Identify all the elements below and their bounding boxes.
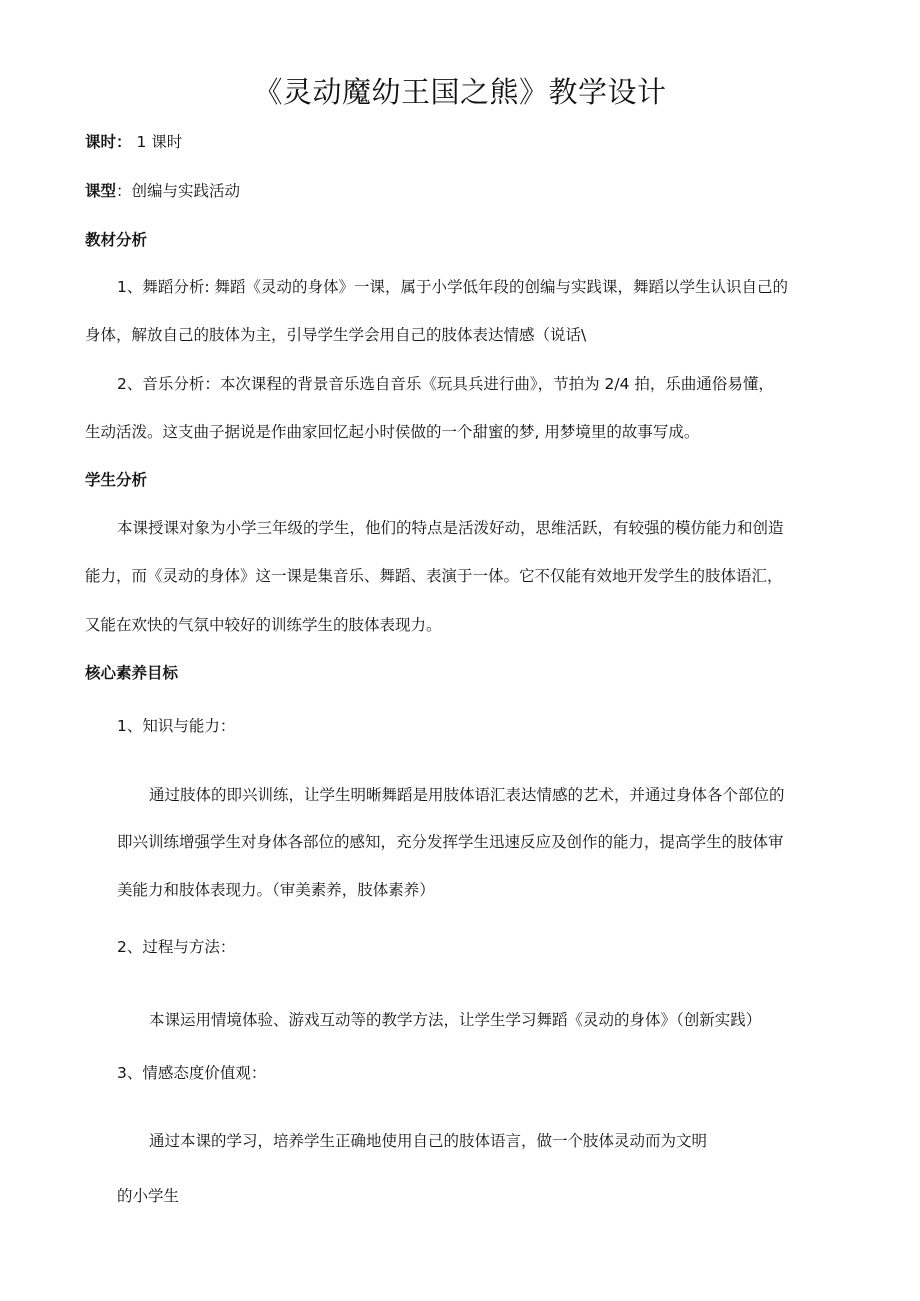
paragraph-line: 通过本课的学习，培养学生正确地使用自己的肢体语言，做一个肢体灵动而为文明 [149,1130,707,1152]
duration-label: 课时： [85,133,132,151]
section-heading-student-analysis: 学生分析 [85,469,147,491]
paragraph-line: 2、音乐分析：本次课程的背景音乐选自音乐《玩具兵进行曲》，节拍为 2/4 拍，乐… [117,373,774,395]
paragraph-line: 生动活泼。这支曲子据说是作曲家回忆起小时侯做的一个甜蜜的梦, 用梦境里的故事写成… [85,421,699,443]
document-page: 《灵动魔幼王国之熊》教学设计 课时： 1 课时 课型：创编与实践活动 教材分析 … [0,0,920,1301]
duration-field: 课时： 1 课时 [85,131,182,153]
duration-value: 1 课时 [132,133,183,151]
section-heading-material-analysis: 教材分析 [85,229,147,251]
paragraph-line: 又能在欢快的气氛中较好的训练学生的肢体表现力。 [85,614,442,636]
paragraph-line: 1、舞蹈分析: 舞蹈《灵动的身体》一课，属于小学低年段的创编与实践课，舞蹈以学生… [117,276,788,298]
goal-label-knowledge: 1、知识与能力： [117,715,235,737]
paragraph-line: 美能力和肢体表现力。（审美素养，肢体素养） [117,879,435,901]
paragraph-line: 身体，解放自己的肢体为主，引导学生学会用自己的肢体表达情感（说话\ [85,324,586,346]
paragraph-line: 本课运用情境体验、游戏互动等的教学方法，让学生学习舞蹈《灵动的身体》（创新实践） [149,1009,761,1031]
lesson-type-field: 课型：创编与实践活动 [85,180,240,202]
document-title: 《灵动魔幼王国之熊》教学设计 [0,72,920,112]
lesson-type-value: ：创编与实践活动 [116,182,240,200]
paragraph-line: 的小学生 [117,1185,179,1207]
paragraph-line: 通过肢体的即兴训练，让学生明晰舞蹈是用肢体语汇表达情感的艺术，并通过身体各个部位… [149,784,785,806]
goal-label-values: 3、情感态度价值观： [117,1062,266,1084]
lesson-type-label: 课型 [85,182,116,200]
paragraph-line: 本课授课对象为小学三年级的学生，他们的特点是活泼好动，思维活跃，有较强的模仿能力… [117,517,784,539]
section-heading-core-goals: 核心素养目标 [85,662,178,684]
paragraph-line: 能力，而《灵动的身体》这一课是集音乐、舞蹈、表演于一体。它不仅能有效地开发学生的… [85,565,783,587]
goal-label-process: 2、过程与方法： [117,936,235,958]
paragraph-line: 即兴训练增强学生对身体各部位的感知，充分发挥学生迅速反应及创作的能力，提高学生的… [117,831,784,853]
